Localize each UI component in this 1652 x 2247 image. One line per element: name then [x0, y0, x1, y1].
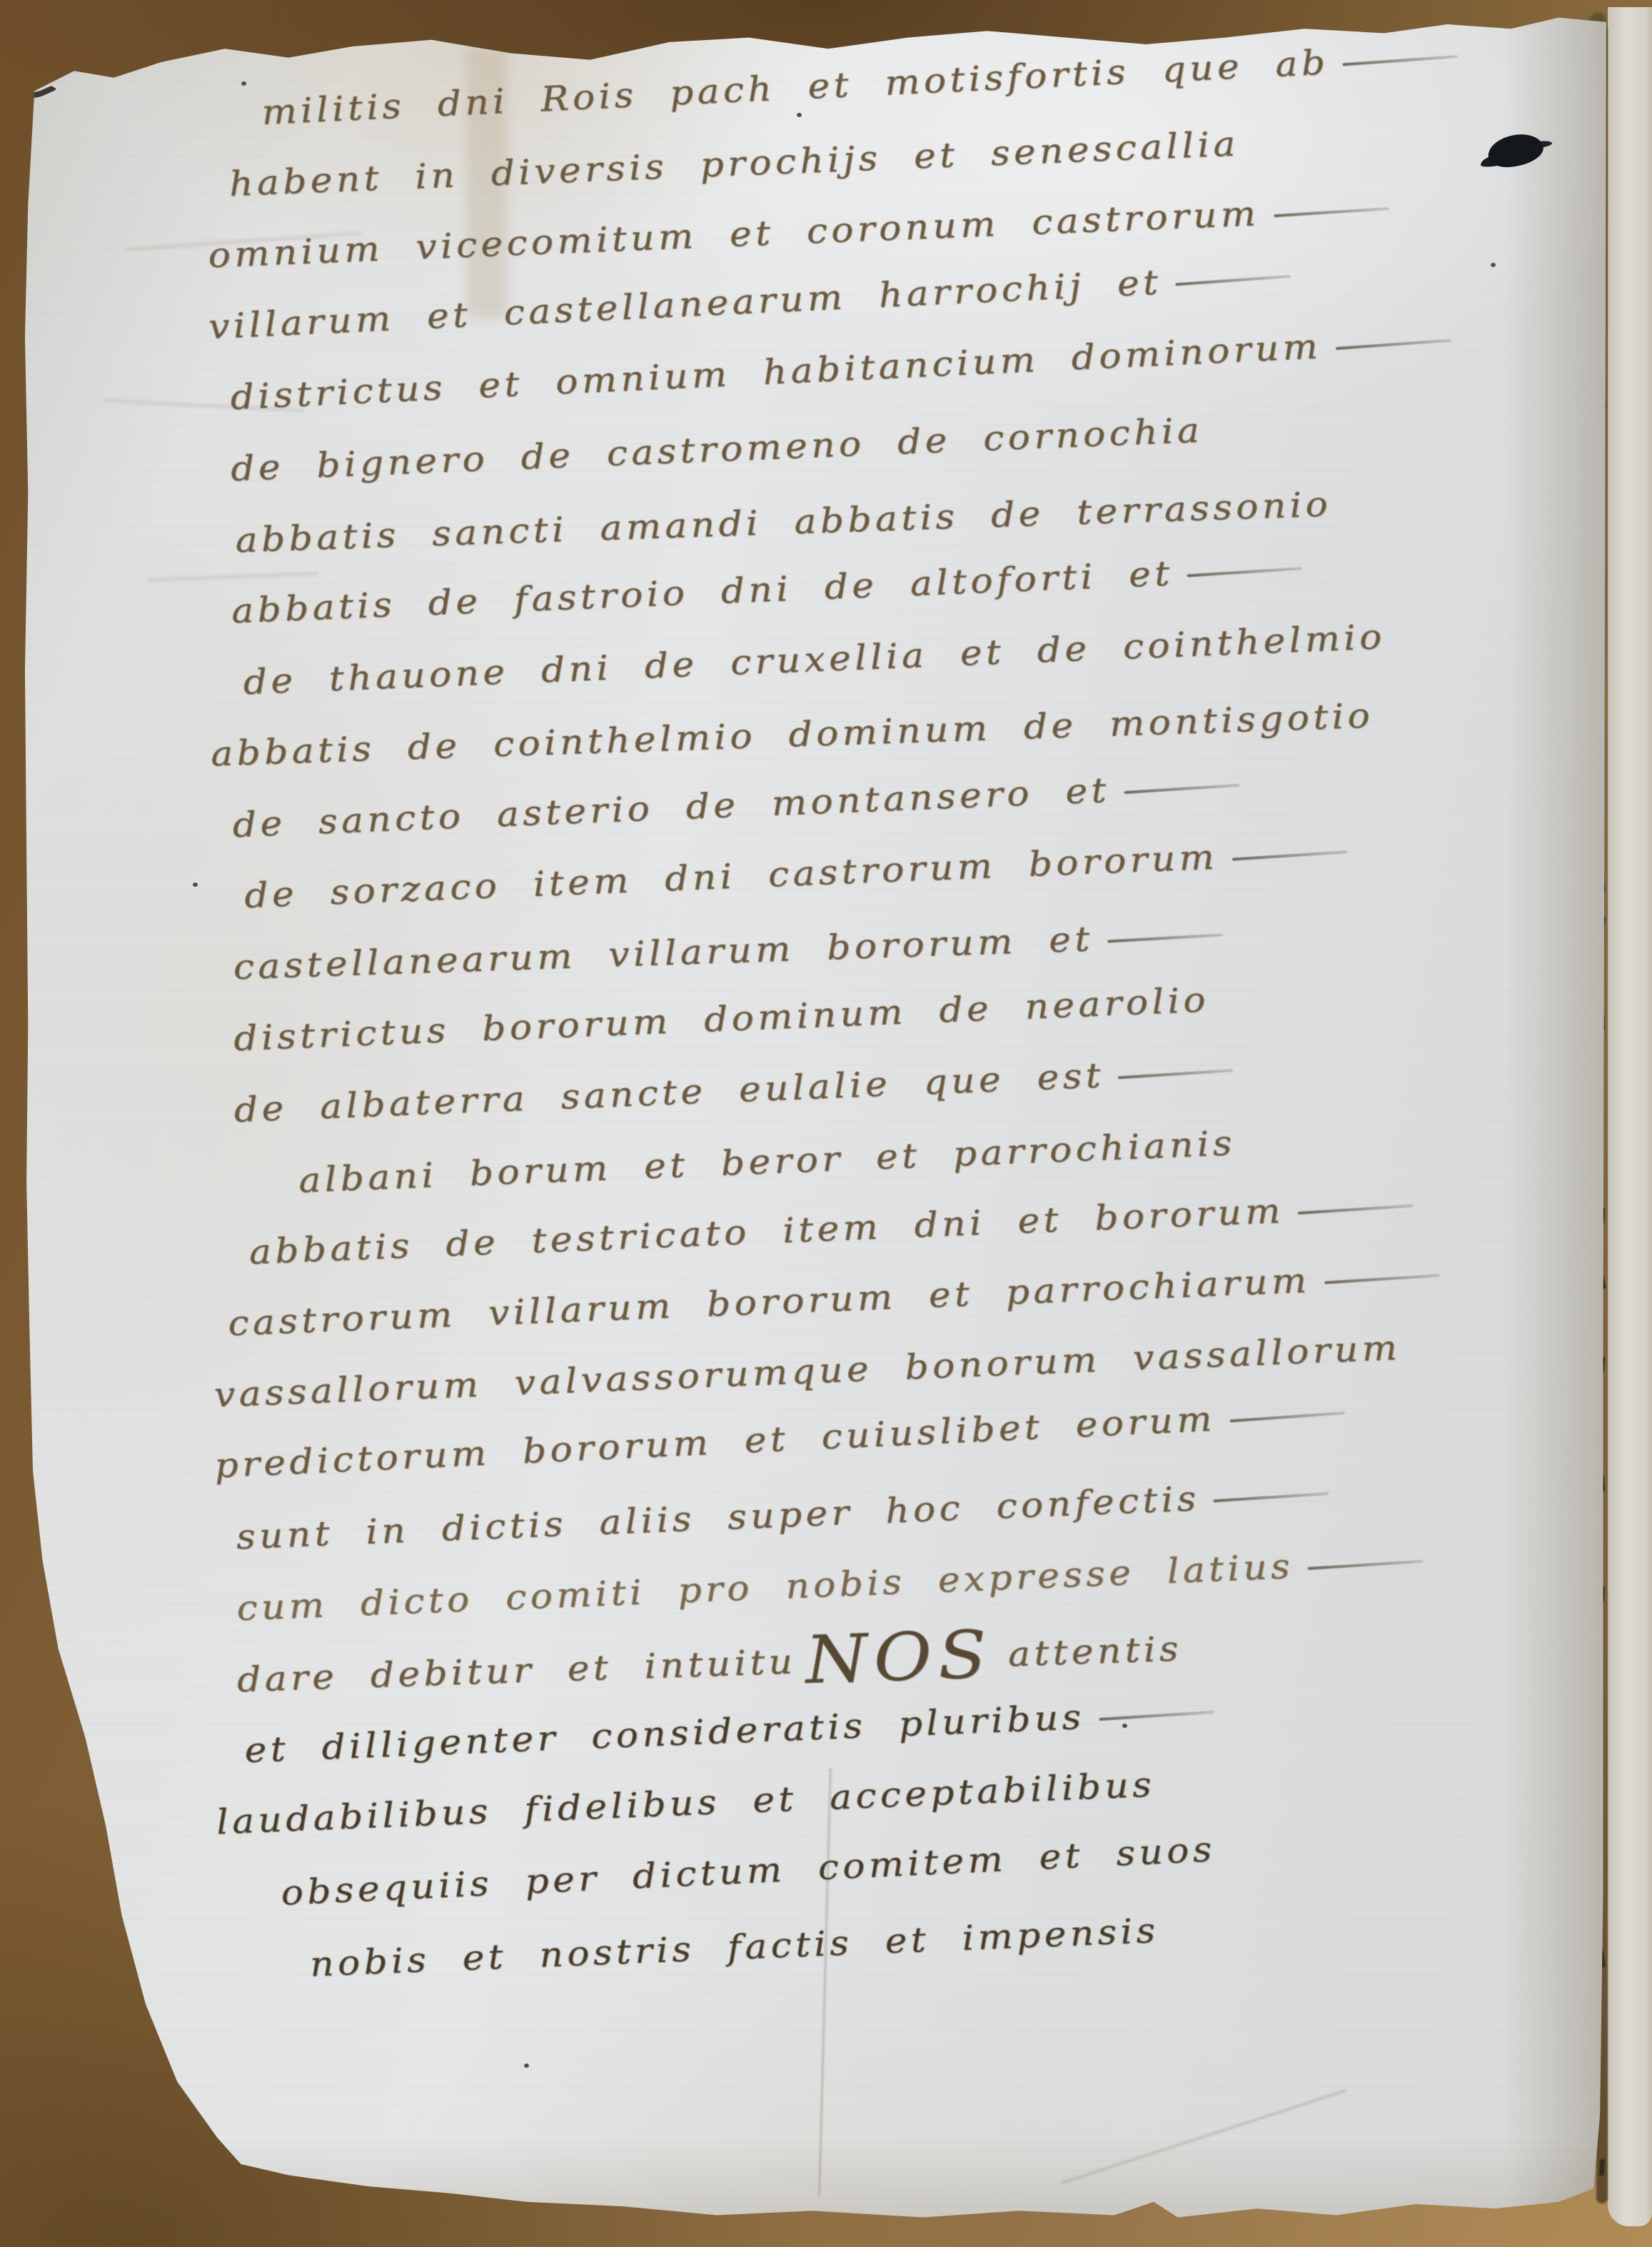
manuscript-line: cum dicto comiti pro nobis expresse lati…	[236, 1542, 1424, 1629]
adjacent-page-edge	[1608, 7, 1652, 2226]
manuscript-line: castrorum villarum bororum et parrochiar…	[227, 1255, 1440, 1344]
manuscript-line: de thauone dni de cruxellia et de cointh…	[243, 617, 1386, 703]
manuscript-line: abbatis sancti amandi abbatis de terrass…	[235, 484, 1332, 561]
manuscript-line: abbatis de testricato item dni et bororu…	[248, 1186, 1414, 1272]
line-text: attentis	[1007, 1629, 1183, 1674]
manuscript-line: dare debitur et intuituNOSattentis	[236, 1629, 1183, 1700]
manuscript-line: de bignero de castromeno de cornochia	[230, 411, 1204, 490]
manuscript-line: abbatis de cointhelmio dominum de montis…	[210, 695, 1374, 774]
manuscript-line: habent in diversis prochijs et senescall…	[228, 124, 1240, 204]
text-block: militis dni Rois pach et motisfortis que…	[13, 0, 1612, 2231]
nos-word: NOS	[804, 1616, 994, 1699]
manuscript-line: districtus bororum dominum de nearolio	[233, 980, 1210, 1059]
manuscript-page: militis dni Rois pach et motisfortis que…	[19, 4, 1606, 2226]
manuscript-line: nobis et nostris factis et impensis	[309, 1911, 1159, 1985]
manuscript-line: militis dni Rois pach et motisfortis que…	[261, 36, 1459, 133]
manuscript-line: albani borum et beror et parrochianis	[298, 1123, 1236, 1201]
manuscript-line: de sancto asterio de montansero et	[232, 765, 1240, 846]
manuscript-line: villarum et castellanearum harrochij et	[208, 256, 1292, 347]
manuscript-line: de albaterra sancte eulalie que est	[233, 1050, 1234, 1130]
manuscript-line: castellanearum villarum bororum et	[233, 915, 1224, 987]
manuscript-line: laudabilibus fidelibus et acceptabilibus	[216, 1765, 1156, 1843]
manuscript-line: sunt in dictis aliis super hoc confectis	[236, 1474, 1330, 1557]
line-text: dare debitur et intuitu	[236, 1642, 797, 1700]
manuscript-line: obsequiis per dictum comitem et suos	[280, 1829, 1217, 1914]
manuscript-line: abbatis de fastroio dni de altoforti et	[231, 548, 1304, 631]
table-surface: militis dni Rois pach et motisfortis que…	[0, 0, 1652, 2247]
manuscript-line: et dilligenter consideratis pluribus	[244, 1692, 1215, 1771]
manuscript-line: de sorzaco item dni castrorum bororum	[243, 832, 1348, 916]
